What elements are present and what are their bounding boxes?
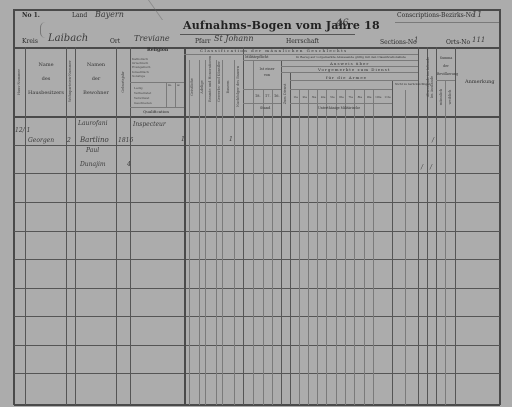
form-number: No 1. — [22, 13, 40, 19]
summa-header: Summa der Bevölkerung — [437, 54, 455, 78]
year-col: 9te — [365, 95, 374, 99]
land-label: Land — [72, 13, 87, 19]
col-line — [263, 90, 264, 405]
anmerkung-header: Anmerkung — [465, 80, 495, 85]
col-line — [116, 47, 117, 405]
col-line — [243, 47, 244, 405]
year-col: 4te — [319, 95, 328, 99]
year-col: 8te — [355, 95, 364, 99]
col-line — [455, 47, 456, 405]
class-col-header: Beamte und Honoratioren — [208, 62, 212, 102]
religion-row: Sonstige — [132, 74, 150, 78]
col-line — [189, 60, 190, 405]
stand-rule — [243, 103, 281, 104]
armee-rule — [290, 80, 418, 81]
conscriptions-value: 11 — [472, 11, 482, 19]
religion-list: Katholisch Griechisch Evangelisch Israel… — [132, 57, 150, 78]
col-line — [336, 90, 337, 405]
haus-nummer-header: Haus-Nummer — [17, 67, 21, 97]
class-col-header: Geistliche — [190, 67, 194, 107]
unterthanen-header: Unterthänige Militärische — [318, 107, 360, 110]
summa-line: der — [437, 62, 455, 70]
bewohner-cell-line1: Paul — [86, 148, 99, 154]
militaer-header: Militärpflicht — [245, 56, 268, 60]
summa-rule — [436, 80, 455, 81]
age-col: 16. — [274, 95, 280, 99]
form-title: Aufnahms-Bogen vom Jahre 18 — [183, 19, 380, 32]
stand-row: Geschieden — [134, 101, 152, 106]
auslande-header: Im Auslande — [430, 67, 434, 107]
col-line — [326, 90, 327, 405]
hausbesitzer-cell: Georgen — [28, 138, 54, 144]
stand-col-rule — [166, 82, 167, 107]
qualification-cell: Inspecteur — [133, 122, 166, 128]
col-line — [199, 60, 200, 405]
hausbesitzer-header-line: Hausbesitzers — [26, 90, 66, 96]
col-line — [364, 90, 365, 405]
year-cols: 1te 2te 3te 4te 5te 6te 7te 8te 9te 10te… — [291, 95, 392, 99]
col-line — [418, 47, 419, 405]
age-rule — [243, 89, 281, 90]
ort-value: Treviane — [134, 35, 170, 43]
geburtsjahr-header: Geburtsjahr — [121, 62, 125, 102]
kreis-label: Kreis — [22, 39, 38, 45]
col-line — [272, 90, 273, 405]
class-col-header: Bauern — [226, 67, 230, 107]
age-col: 17. — [265, 95, 271, 99]
note-header: In Bezug auf vorgemerkte Abwesende gülti… — [296, 56, 406, 59]
ort-label: Ort — [110, 39, 120, 45]
year-col: 3te — [309, 95, 318, 99]
sections-label: Sections-No — [380, 40, 417, 46]
class-mark: 1 — [229, 137, 233, 143]
age-col: 18. — [255, 95, 261, 99]
col-line — [436, 47, 437, 405]
col-line — [253, 60, 254, 405]
col-line — [445, 80, 446, 405]
armee-header: für die Armee — [326, 76, 367, 80]
conscriptions-label: Conscriptions-Bezirks-No — [397, 13, 475, 19]
summa-line: Summa — [437, 54, 455, 62]
bewohner-header-line: der — [76, 76, 116, 82]
hausbesitzer-header: Name des Hausbesitzers — [26, 62, 66, 96]
vorgemerkte-header: Vorgemerkte zum Dienst — [318, 68, 390, 72]
conscriptions-underline — [395, 22, 499, 23]
kreis-value: Laibach — [48, 34, 88, 44]
geburtsjahr-cell: 4 — [127, 162, 131, 168]
year-col: 5te — [328, 95, 337, 99]
classification-header: Classification der männlichen Geschlecht… — [200, 49, 348, 53]
religion-mark: 1 — [181, 137, 185, 143]
year-col: 10te — [374, 95, 383, 99]
weiblich-header: weiblich — [448, 82, 452, 112]
top-border — [14, 9, 500, 11]
class-col-header: Nachfolger des Bauern — [236, 67, 240, 107]
col-line — [405, 90, 406, 405]
year-col: 11te — [383, 95, 392, 99]
sections-value: 1 — [414, 37, 418, 44]
year-col: 6te — [337, 95, 346, 99]
col-line — [373, 90, 374, 405]
land-value: Bayern — [95, 11, 124, 19]
col-line — [392, 80, 393, 405]
ausweis-header: Ausweis über — [330, 62, 369, 66]
vorgemerkte-rule — [281, 72, 418, 73]
ist-einer-line: von — [254, 72, 280, 78]
pfarr-label: Pfarr — [195, 39, 211, 45]
col-line — [354, 90, 355, 405]
herrschaft-label: Herrschaft — [286, 39, 319, 45]
qualification-header: Qualification — [143, 110, 169, 114]
bewohner-header-line: Bewohner — [76, 90, 116, 96]
ist-einer-header: Ist einer von — [254, 66, 280, 78]
stand-col-w: w. — [177, 84, 180, 87]
year-col: 2te — [300, 95, 309, 99]
bewohner-header: Namen der Bewohner — [76, 62, 116, 96]
religion-header: Religion — [147, 49, 168, 54]
col-line — [184, 47, 186, 405]
class-col-header: Adelige — [200, 67, 204, 107]
pfarr-value: St Johann — [214, 35, 254, 43]
qualification-rule — [130, 107, 184, 108]
col-line — [290, 72, 291, 405]
col-line — [345, 90, 346, 405]
title-underline — [180, 34, 355, 35]
maennlich-header: männlich — [439, 82, 443, 112]
stand-list: Ledig Verheiratet Verwitwet Geschieden — [134, 86, 152, 106]
stand-col-rule — [175, 82, 176, 107]
col-line — [130, 47, 131, 405]
summe-mark-w: / — [430, 165, 432, 171]
col-line — [317, 90, 318, 405]
hausbesitzer-header-line: Name — [26, 62, 66, 68]
col-line — [281, 60, 282, 405]
stand-col-m: m. — [168, 84, 172, 87]
wohnpartei-header: Wohnparteien-Nummer — [68, 62, 72, 102]
col-line — [75, 47, 76, 405]
col-line — [25, 47, 26, 405]
col-line — [222, 60, 223, 405]
summe-mark-m: / — [421, 165, 423, 171]
col-line — [66, 47, 67, 405]
bewohner-cell-line2: Dunajim — [80, 162, 106, 168]
religion-row: Evangelisch — [132, 65, 150, 69]
stand-label: Stand — [260, 107, 270, 111]
year-col: 1te — [291, 95, 300, 99]
pen-flourish — [148, 0, 203, 20]
form-year: 46 — [336, 19, 349, 29]
bewohner-cell-line1: Laurofani — [78, 121, 108, 127]
class-col-header: Gewerbs- und Künstler — [217, 62, 221, 102]
orts-label: Orts-No — [446, 40, 470, 46]
col-line — [205, 60, 206, 405]
pen-flourish — [40, 22, 51, 38]
bewohner-cell-line2: Bartlino — [80, 137, 109, 144]
year-col: 7te — [346, 95, 355, 99]
bewohner-header-line: Namen — [76, 62, 116, 68]
col-line — [308, 90, 309, 405]
summe-mark: / — [432, 138, 434, 144]
geburtsjahr-cell: 1816 — [118, 138, 133, 144]
haus-nr-cell: 12/ 1 — [15, 128, 30, 134]
year-rule — [290, 89, 392, 90]
col-line — [299, 90, 300, 405]
zum-dienst-header: Zum Dienst — [283, 77, 287, 111]
col-line — [216, 60, 217, 405]
wohnpartei-cell: 2 — [67, 138, 71, 144]
hausbesitzer-header-line: des — [26, 76, 66, 82]
col-line — [234, 60, 235, 405]
orts-value: 111 — [472, 37, 485, 44]
unterthanen-rule — [290, 103, 392, 104]
summa-line: Bevölkerung — [437, 70, 455, 78]
census-form-page: No 1. Land Bayern Aufnahms-Bogen vom Jah… — [0, 0, 512, 407]
